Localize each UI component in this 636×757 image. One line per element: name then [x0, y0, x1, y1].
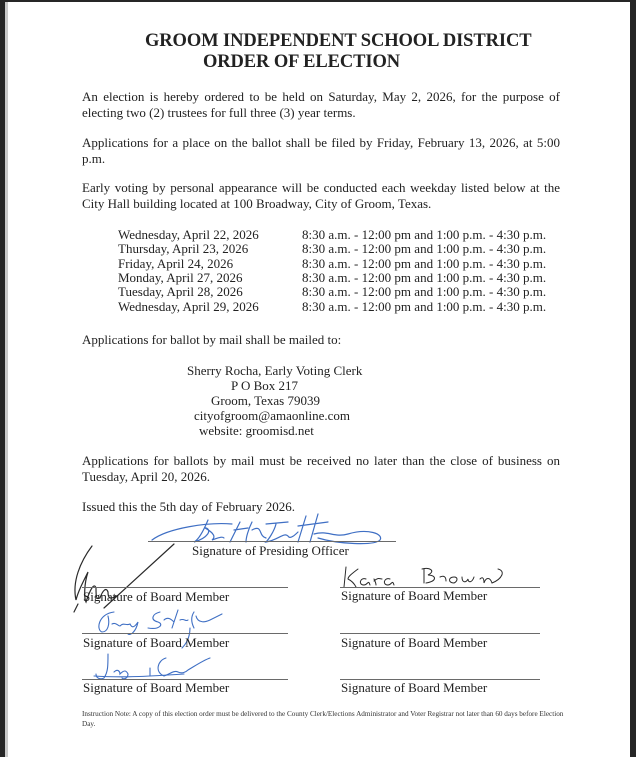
mail-intro-paragraph: Applications for ballot by mail shall be…: [82, 332, 560, 348]
issued-date: Issued this the 5th day of February 2026…: [82, 499, 560, 515]
board-member-1-signature-line: [82, 587, 288, 588]
clerk-email: cityofgroom@amaonline.com: [194, 408, 350, 423]
board-member-5-handwritten-signature: [94, 652, 214, 682]
schedule-date: Friday, April 24, 2026: [118, 257, 233, 271]
schedule-hours: 8:30 a.m. - 12:00 pm and 1:00 p.m. - 4:3…: [302, 242, 546, 256]
schedule-hours: 8:30 a.m. - 12:00 pm and 1:00 p.m. - 4:3…: [302, 228, 546, 242]
schedule-hours: 8:30 a.m. - 12:00 pm and 1:00 p.m. - 4:3…: [302, 271, 546, 285]
board-member-5-label: Signature of Board Member: [83, 680, 229, 696]
instruction-note: Instruction Note: A copy of this electio…: [82, 709, 572, 729]
election-paragraph: An election is hereby ordered to be held…: [82, 89, 560, 121]
early-voting-paragraph: Early voting by personal appearance will…: [82, 180, 560, 212]
board-member-2-handwritten-signature: [340, 565, 510, 589]
board-member-3-label: Signature of Board Member: [83, 635, 229, 651]
document-title: GROOM INDEPENDENT SCHOOL DISTRICT: [145, 31, 531, 52]
board-member-3-signature-line: [82, 633, 288, 634]
board-member-2-label: Signature of Board Member: [341, 588, 487, 604]
presiding-officer-label: Signature of Presiding Officer: [192, 543, 349, 559]
schedule-hours: 8:30 a.m. - 12:00 pm and 1:00 p.m. - 4:3…: [302, 300, 546, 314]
po-box: P O Box 217: [231, 378, 298, 393]
board-member-4-label: Signature of Board Member: [341, 635, 487, 651]
district-website: website: groomisd.net: [199, 423, 314, 438]
schedule-date: Tuesday, April 28, 2026: [118, 285, 243, 299]
schedule-hours: 8:30 a.m. - 12:00 pm and 1:00 p.m. - 4:3…: [302, 285, 546, 299]
schedule-date: Thursday, April 23, 2026: [118, 242, 248, 256]
document-subtitle: ORDER OF ELECTION: [203, 52, 400, 73]
filing-paragraph: Applications for a place on the ballot s…: [82, 135, 560, 167]
schedule-date: Monday, April 27, 2026: [118, 271, 242, 285]
document-page: GROOM INDEPENDENT SCHOOL DISTRICT ORDER …: [8, 2, 630, 757]
clerk-name: Sherry Rocha, Early Voting Clerk: [187, 363, 362, 378]
schedule-hours: 8:30 a.m. - 12:00 pm and 1:00 p.m. - 4:3…: [302, 257, 546, 271]
schedule-date: Wednesday, April 22, 2026: [118, 228, 259, 242]
presiding-officer-signature-line: [148, 541, 396, 542]
city-state-zip: Groom, Texas 79039: [211, 393, 320, 408]
board-member-4-signature-line: [340, 633, 540, 634]
board-member-6-label: Signature of Board Member: [341, 680, 487, 696]
mail-deadline-paragraph: Applications for ballots by mail must be…: [82, 453, 560, 485]
schedule-date: Wednesday, April 29, 2026: [118, 300, 259, 314]
board-member-1-label: Signature of Board Member: [83, 589, 229, 605]
